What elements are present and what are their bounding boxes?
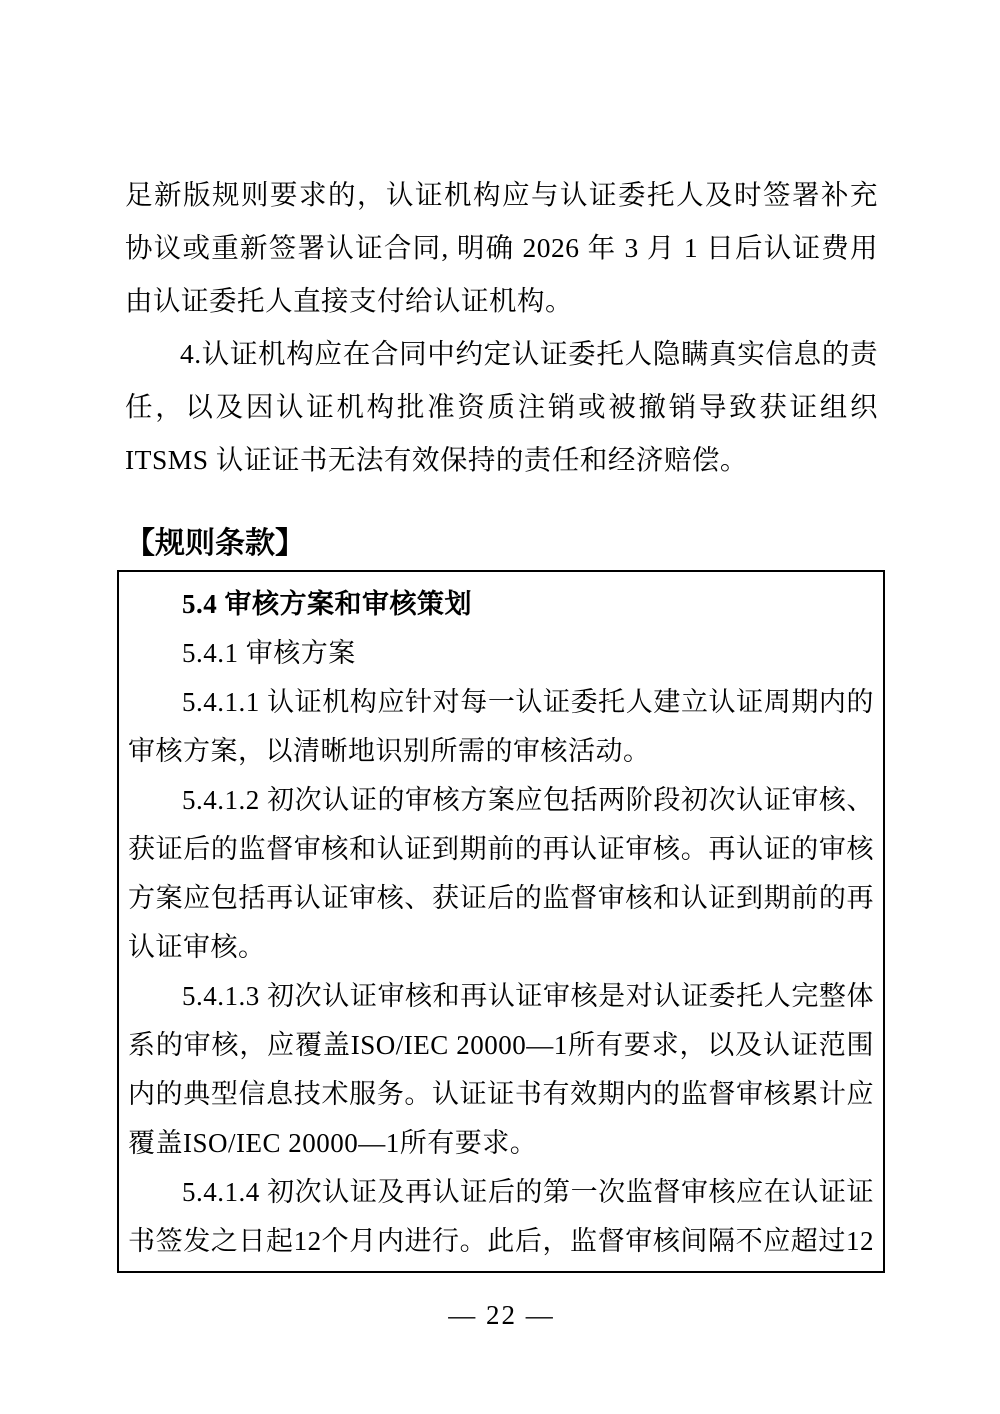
rule-clause-box: 5.4 审核方案和审核策划 5.4.1 审核方案 5.4.1.1 认证机构应针对… <box>117 570 885 1273</box>
page-content: 足新版规则要求的，认证机构应与认证委托人及时签署补充协议或重新签署认证合同, 明… <box>0 0 1000 1331</box>
rule-clauses-heading: 【规则条款】 <box>125 526 878 562</box>
page-number: — 22 — <box>125 1299 878 1331</box>
clause-5-4-1-title: 5.4.1 审核方案 <box>128 629 874 678</box>
clause-5-4-title: 5.4 审核方案和审核策划 <box>128 580 874 629</box>
body-paragraph-item-4: 4.认证机构应在合同中约定认证委托人隐瞒真实信息的责任，以及因认证机构批准资质注… <box>125 327 878 486</box>
clause-5-4-1-3: 5.4.1.3 初次认证审核和再认证审核是对认证委托人完整体系的审核，应覆盖IS… <box>128 972 874 1168</box>
document-page: 足新版规则要求的，认证机构应与认证委托人及时签署补充协议或重新签署认证合同, 明… <box>0 0 1000 1414</box>
clause-5-4-1-2: 5.4.1.2 初次认证的审核方案应包括两阶段初次认证审核、获证后的监督审核和认… <box>128 776 874 972</box>
clause-5-4-1-4: 5.4.1.4 初次认证及再认证后的第一次监督审核应在认证证书签发之日起12个月… <box>128 1168 874 1273</box>
clause-5-4-1-1: 5.4.1.1 认证机构应针对每一认证委托人建立认证周期内的审核方案，以清晰地识… <box>128 678 874 776</box>
body-paragraph-continuation: 足新版规则要求的，认证机构应与认证委托人及时签署补充协议或重新签署认证合同, 明… <box>125 168 878 327</box>
